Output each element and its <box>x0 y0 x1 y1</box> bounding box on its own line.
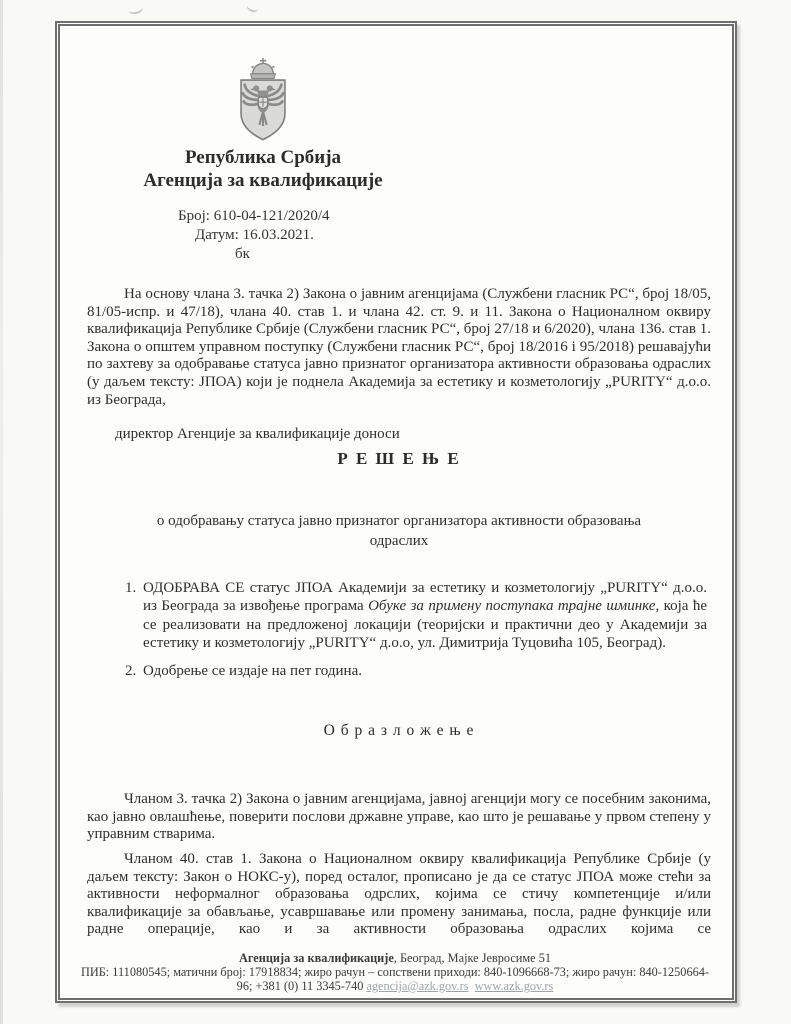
footer-agency-name: Агенција за квалификације <box>239 951 394 965</box>
email-link[interactable]: agencija@azk.gov.rs <box>366 979 468 993</box>
program-name-italic: Обуке за примену поступака трајне шминке… <box>368 598 659 614</box>
country-name: Република Србија <box>93 146 433 169</box>
serbia-coat-of-arms-icon <box>228 56 298 148</box>
document-meta: Број: 610-04-121/2020/4 Датум: 16.03.202… <box>178 207 330 264</box>
decision-item-2: 2. Одобрење се издаје на пет година. <box>87 662 707 680</box>
footer-address-rest: , Београд, Мајке Јевросиме 51 <box>394 951 551 965</box>
rationale-heading: О б р а з л о ж е њ е <box>87 722 711 740</box>
scan-artifact <box>246 0 261 13</box>
scan-edge-shadow <box>0 0 3 1024</box>
letterhead: Република Србија Агенција за квалификаци… <box>93 146 433 192</box>
agency-footer: Агенција за квалификације, Београд, Мајк… <box>80 951 710 993</box>
decision-title: Р Е Ш Е Њ Е <box>87 449 711 469</box>
director-clause: директор Агенције за квалификације донос… <box>87 426 711 444</box>
legal-basis-paragraph: На основу члана 3. тачка 2) Закона о јав… <box>87 286 711 409</box>
website-link[interactable]: www.azk.gov.rs <box>475 979 554 993</box>
footer-details-line: ПИБ: 111080545; матични број: 17918834; … <box>80 965 710 993</box>
decision-subtitle: о одобравању статуса јавно признатог орг… <box>87 511 711 551</box>
decision-items: 1. ОДОБРАВА СЕ статус ЈПОА Академији за … <box>87 579 707 689</box>
item-number: 1. <box>125 579 136 597</box>
rationale-paragraph-1: Чланом 3. тачка 2) Закона о јавним агенц… <box>87 791 711 844</box>
document-number: Број: 610-04-121/2020/4 <box>178 207 330 226</box>
decision-subtitle-text: о одобравању статуса јавно признатог орг… <box>127 511 672 551</box>
scanned-document-page: Република Србија Агенција за квалификаци… <box>0 0 791 1024</box>
clerk-initials: бк <box>178 245 330 264</box>
decision-item-1: 1. ОДОБРАВА СЕ статус ЈПОА Академији за … <box>87 579 707 653</box>
item-text: Одобрење се издаје на пет година. <box>143 663 362 679</box>
item-number: 2. <box>125 662 136 680</box>
coat-of-arms-graphic <box>228 56 298 148</box>
footer-address-line: Агенција за квалификације, Београд, Мајк… <box>80 951 710 965</box>
document-date: Датум: 16.03.2021. <box>178 226 330 245</box>
scan-artifact <box>127 1 144 15</box>
agency-name: Агенција за квалификације <box>93 169 433 192</box>
rationale-paragraph-2: Чланом 40. став 1. Закона о Националном … <box>87 851 711 939</box>
